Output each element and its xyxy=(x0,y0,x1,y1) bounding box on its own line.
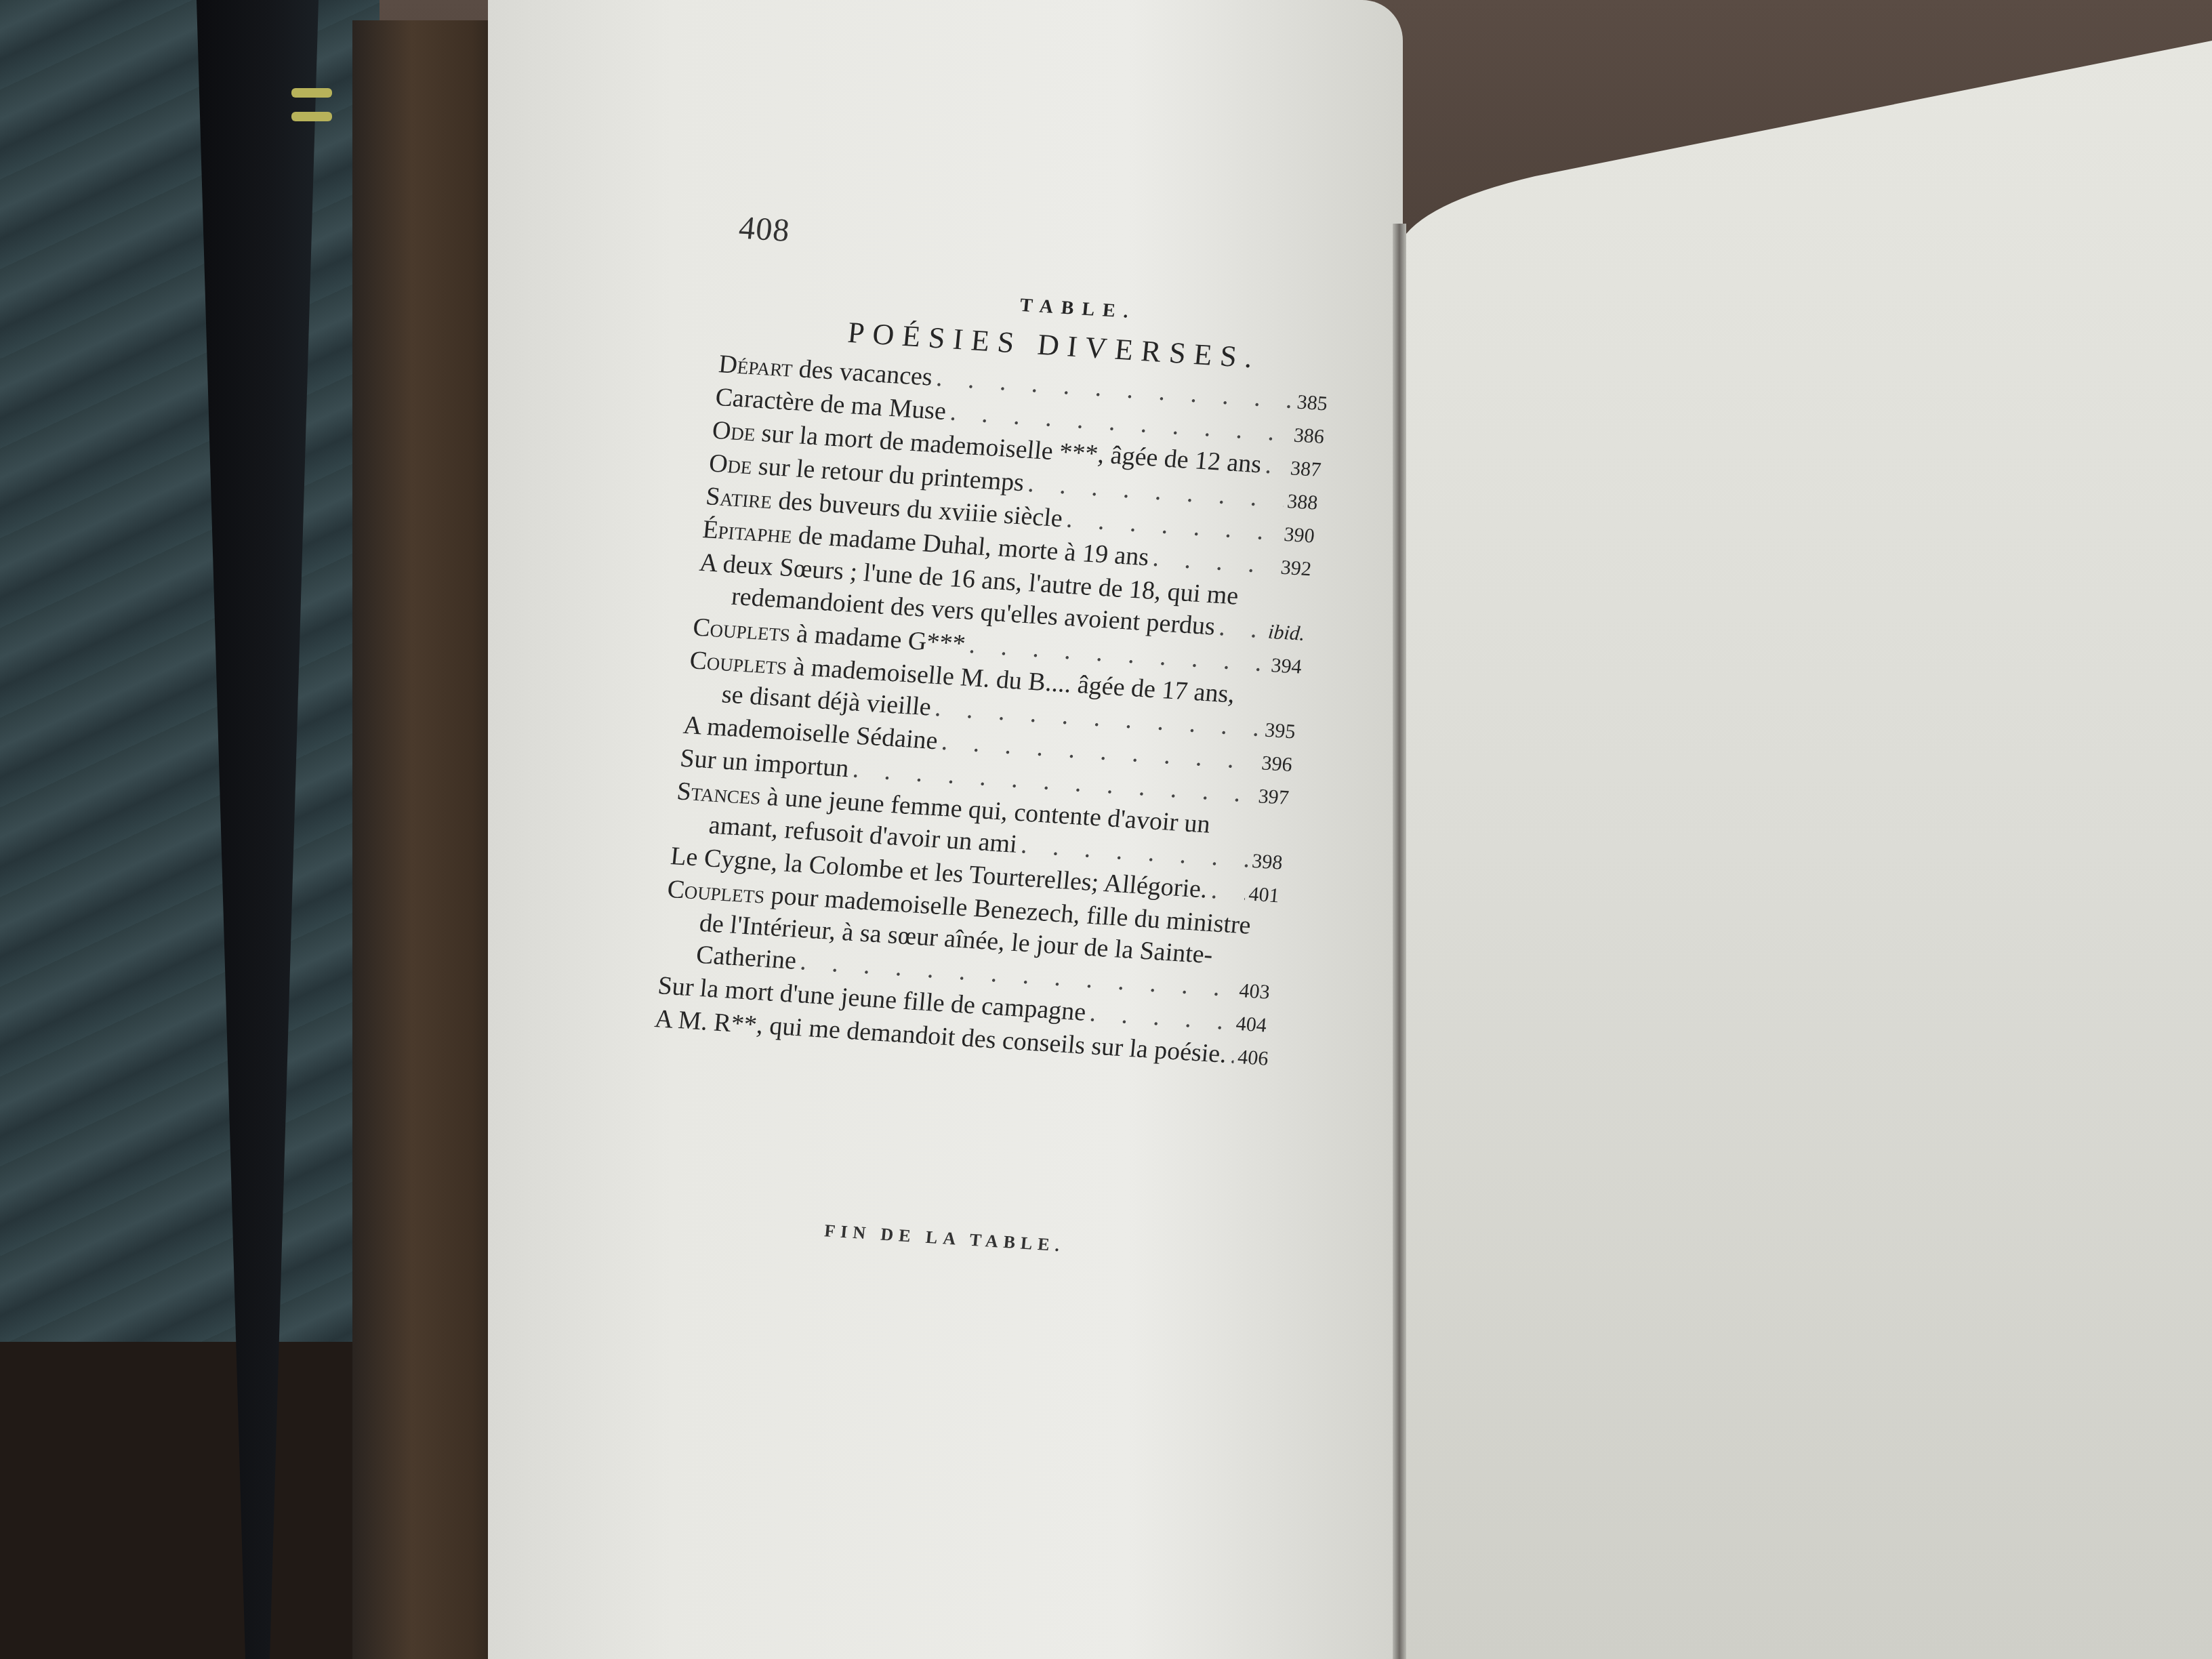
leather-binding-edge xyxy=(352,20,501,1659)
marbled-book-covers xyxy=(0,0,380,1659)
gilt-band xyxy=(291,88,332,98)
right-page-blank xyxy=(1399,41,2212,1659)
toc-entries: Départ des vacances385 Caractère de ma M… xyxy=(653,348,1330,1074)
book-gutter xyxy=(1393,224,1406,1659)
gilt-band xyxy=(291,112,332,121)
table-of-contents: 408 TABLE. POÉSIES DIVERSES. Départ des … xyxy=(653,197,1345,1074)
page-number: 408 xyxy=(737,209,792,249)
